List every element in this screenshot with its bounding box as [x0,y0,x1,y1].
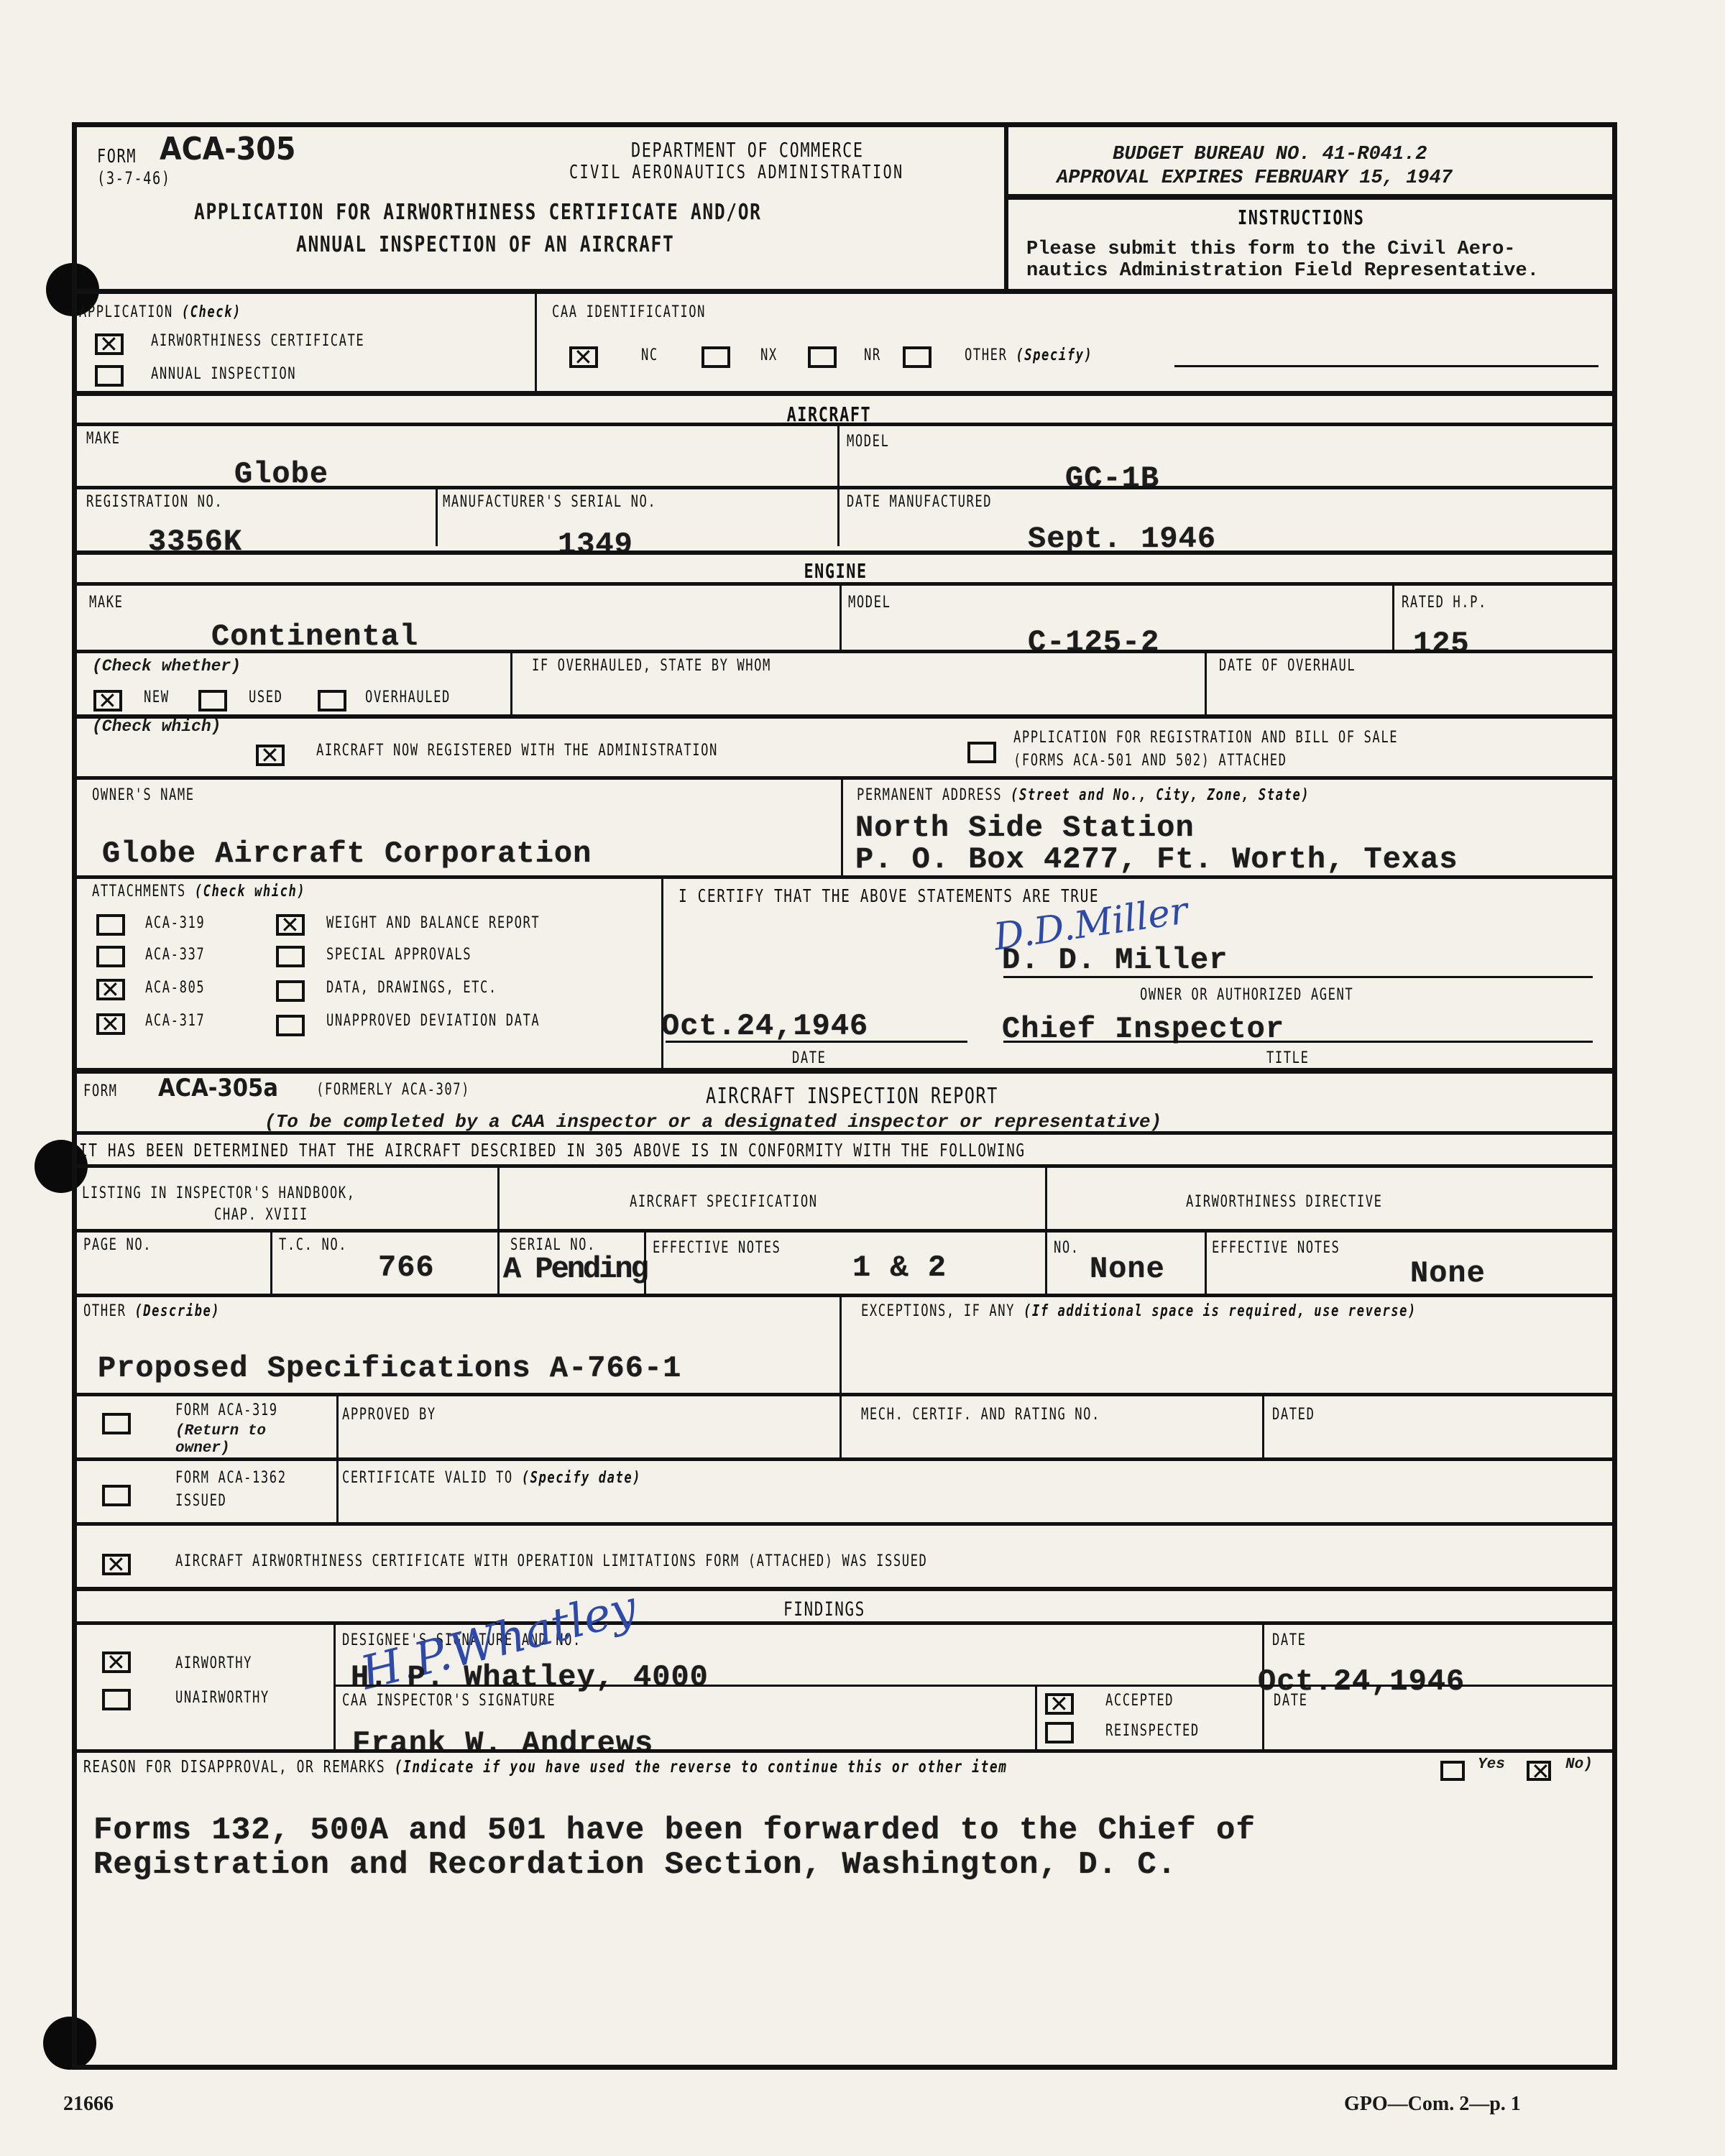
attachment-label: ACA-805 [145,979,205,997]
divider [333,1623,336,1751]
form-label: FORM [97,146,137,167]
option-label: NC [641,346,658,364]
checkbox-unairworthy[interactable] [102,1689,131,1710]
checkbox-aca-319[interactable] [96,914,125,936]
divider [72,1068,1617,1074]
option-label: NX [760,346,778,364]
reinspected-label: REINSPECTED [1105,1722,1200,1740]
accepted-label: ACCEPTED [1105,1692,1174,1710]
checkbox-engine-used[interactable] [198,690,227,711]
checkbox-other[interactable] [903,346,931,368]
cert-issued-label: AIRCRAFT AIRWORTHINESS CERTIFICATE WITH … [175,1552,927,1570]
checkbox-airworthy[interactable] [102,1651,131,1673]
inspector-value: Frank W. Andrews [352,1726,653,1761]
budget-bureau: BUDGET BUREAU NO. 41-R041.2 [1113,144,1427,165]
report-form-number: ACA-305a [158,1074,278,1102]
divider [72,1393,1617,1396]
other-label: OTHER (Describe) [83,1302,220,1320]
reverse-no-label: No) [1565,1756,1593,1773]
divider [644,1230,646,1295]
certify-statement: I CERTIFY THAT THE ABOVE STATEMENTS ARE … [678,885,1099,906]
report-title: AIRCRAFT INSPECTION REPORT [706,1084,998,1109]
checkbox-reverse-yes[interactable] [1440,1761,1465,1781]
footer-code: 21666 [63,2093,114,2116]
aircraft-model-label: MODEL [847,433,889,451]
ad-label: AIRWORTHINESS DIRECTIVE [1186,1193,1382,1211]
tc-no-label: T.C. NO. [279,1236,347,1254]
checkbox-engine-new[interactable] [93,690,122,711]
divider [72,650,1617,653]
divider [72,582,1617,586]
checkbox-form-aca-1362[interactable] [102,1485,131,1506]
remarks-line1: Forms 132, 500A and 501 have been forwar… [93,1812,1256,1848]
form-number: ACA-305 [160,131,295,167]
attachment-label: DATA, DRAWINGS, ETC. [326,979,497,997]
airworthy-label: AIRWORTHY [175,1654,252,1672]
divider [1205,651,1207,716]
attachment-label: ACA-337 [145,946,205,964]
divider [72,289,1617,294]
option-label: USED [249,688,283,706]
attachment-label: SPECIAL APPROVALS [326,946,471,964]
option-label: NR [864,346,881,364]
checkbox-aircraft-registered[interactable] [256,745,285,766]
approval-expires: APPROVAL EXPIRES FEBRUARY 15, 1947 [1057,167,1453,189]
instructions-line2: nautics Administration Field Representat… [1026,260,1539,282]
checkbox-reinspected[interactable] [1045,1722,1074,1743]
divider [270,1230,272,1295]
attachment-label: UNAPPROVED DEVIATION DATA [326,1012,540,1030]
remarks-line2: Registration and Recordation Section, Wa… [93,1847,1177,1883]
option-label: AIRCRAFT NOW REGISTERED WITH THE ADMINIS… [316,742,718,760]
form-aca-1362-issued: ISSUED [175,1492,226,1510]
checkbox-form-aca-319[interactable] [102,1413,131,1434]
agent-label: OWNER OR AUTHORIZED AGENT [1140,986,1353,1004]
title-line [1003,1041,1593,1043]
spec-label: AIRCRAFT SPECIFICATION [630,1193,818,1211]
address-line1: North Side Station [855,811,1195,845]
department: DEPARTMENT OF COMMERCE [631,138,864,162]
ad-notes-label: EFFECTIVE NOTES [1212,1239,1340,1257]
checkbox-aca-337[interactable] [96,946,125,967]
other-specify-field[interactable] [1174,365,1598,367]
reverse-yes-label: Yes [1478,1756,1505,1773]
aircraft-make-label: MAKE [86,430,121,448]
designee-value: H. P. Whatley, 4000 [351,1660,709,1695]
exceptions-label: EXCEPTIONS, IF ANY (If additional space … [861,1302,1417,1320]
check-which-hint: (Check which) [92,717,221,736]
overhauled-by-label: IF OVERHAULED, STATE BY WHOM [532,657,771,675]
conformity-statement: IT HAS BEEN DETERMINED THAT THE AIRCRAFT… [79,1140,1026,1161]
checkbox-reverse-no[interactable] [1527,1761,1551,1781]
option-label: OVERHAULED [365,688,451,706]
divider [535,293,537,391]
divider [72,1587,1617,1591]
tc-no-value: 766 [378,1250,435,1285]
option-label-2: (FORMS ACA-501 AND 502) ATTACHED [1013,752,1287,770]
engine-model-label: MODEL [848,594,891,612]
divider [72,1294,1617,1297]
checkbox-engine-overhauled[interactable] [318,690,346,711]
report-formerly: (FORMERLY ACA-307) [316,1081,470,1099]
checkbox-weight-balance[interactable] [276,914,305,936]
form-aca-319-hint: (Return to owner) [175,1423,319,1457]
date-line [666,1041,967,1043]
manufacturer-serial-value: 1349 [558,528,633,562]
certify-date: Oct.24,1946 [661,1009,868,1044]
spec-notes-value: 1 & 2 [852,1250,947,1285]
date-label: DATE [792,1049,827,1067]
divider [510,651,512,716]
check-whether-hint: (Check whether) [92,657,241,676]
remarks-label: REASON FOR DISAPPROVAL, OR REMARKS (Indi… [83,1758,1008,1777]
divider [72,423,1617,426]
attachment-label: ACA-317 [145,1012,205,1030]
option-label: NEW [144,688,170,706]
form-title-line2: ANNUAL INSPECTION OF AN AIRCRAFT [296,232,674,257]
divider [436,487,438,546]
owner-name-label: OWNER'S NAME [92,786,195,804]
other-value: Proposed Specifications A-766-1 [98,1351,681,1386]
footer-printer: GPO—Com. 2—p. 1 [1344,2093,1521,2116]
checkbox-annual-inspection[interactable] [95,365,124,387]
form-title-line1: APPLICATION FOR AIRWORTHINESS CERTIFICAT… [194,200,762,225]
checkbox-accepted[interactable] [1045,1693,1074,1715]
valid-to-label: CERTIFICATE VALID TO (Specify date) [342,1469,641,1487]
inspector-label: CAA INSPECTOR'S SIGNATURE [342,1692,556,1710]
divider [72,550,1617,555]
divider [72,1457,1617,1461]
checkbox-aca-317[interactable] [96,1013,125,1035]
checkbox-airworthiness-certificate[interactable] [95,333,124,355]
divider [72,875,1617,879]
owner-name-value: Globe Aircraft Corporation [102,837,592,871]
divider [72,714,1617,719]
checkbox-special-approvals[interactable] [276,946,305,967]
header-divider [1004,194,1617,200]
overhaul-date-label: DATE OF OVERHAUL [1219,657,1356,675]
checkbox-cert-issued[interactable] [102,1554,131,1575]
serial-no-value: A Pending [503,1252,647,1286]
registration-no-label: REGISTRATION NO. [86,493,223,511]
form-aca-319-label: FORM ACA-319 [175,1401,278,1419]
header-divider [1004,122,1008,291]
rated-hp-value: 125 [1413,627,1470,661]
ad-notes-value: None [1410,1256,1486,1291]
checkbox-nc[interactable] [569,346,598,368]
divider [72,486,1617,489]
findings-date-label: DATE [1272,1631,1307,1649]
unairworthy-label: UNAIRWORTHY [175,1689,270,1707]
checkbox-aca-805[interactable] [96,979,125,1000]
option-label: APPLICATION FOR REGISTRATION AND BILL OF… [1013,729,1398,747]
address-label: PERMANENT ADDRESS (Street and No., City,… [857,786,1310,804]
listing-label-2: CHAP. XVIII [214,1206,308,1224]
divider [839,1295,842,1459]
checkbox-nx[interactable] [701,346,730,368]
date-manufactured-label: DATE MANUFACTURED [847,493,992,511]
approved-by-label: APPROVED BY [342,1406,436,1424]
report-form-label: FORM [83,1082,118,1100]
ad-no-label: NO. [1054,1239,1080,1257]
rated-hp-label: RATED H.P. [1402,594,1487,612]
listing-label: LISTING IN INSPECTOR'S HANDBOOK, [82,1184,356,1202]
engine-make-label: MAKE [89,594,124,612]
administration: CIVIL AERONAUTICS ADMINISTRATION [569,162,904,183]
form-date: (3-7-46) [97,168,171,188]
divider [1035,1686,1037,1751]
instructions-title: INSTRUCTIONS [1238,206,1365,229]
divider [72,391,1617,396]
divider [837,424,839,546]
title-label: TITLE [1266,1049,1309,1067]
checkbox-registration-application[interactable] [967,742,996,763]
divider [1262,1394,1264,1459]
application-label: APPLICATION (Check) [79,303,241,321]
divider [72,1621,1617,1625]
aircraft-model-value: GC-1B [1065,461,1159,496]
divider [1392,584,1394,650]
divider [841,778,843,875]
engine-make-value: Continental [211,619,418,654]
attachment-label: WEIGHT AND BALANCE REPORT [326,914,540,932]
findings-date2-label: DATE [1274,1692,1308,1710]
manufacturer-serial-label: MANUFACTURER'S SERIAL NO. [443,493,656,511]
findings-title: FINDINGS [783,1598,865,1621]
dated-label: DATED [1272,1406,1315,1424]
divider [72,1749,1617,1753]
ad-no-value: None [1090,1252,1165,1286]
checkbox-data-drawings[interactable] [276,980,305,1002]
section-title-engine: ENGINE [804,559,867,583]
divider [72,1164,1617,1168]
checkbox-nr[interactable] [808,346,837,368]
attachments-label: ATTACHMENTS (Check which) [92,883,305,900]
address-line2: P. O. Box 4277, Ft. Worth, Texas [855,842,1458,877]
page-no-label: PAGE NO. [83,1236,152,1254]
attachment-label: ACA-319 [145,914,205,932]
option-label: AIRWORTHINESS CERTIFICATE [151,332,364,350]
form-aca-1362-label: FORM ACA-1362 [175,1469,287,1487]
report-subtitle: (To be completed by a CAA inspector or a… [264,1111,1161,1133]
option-label: ANNUAL INSPECTION [151,365,296,383]
checkbox-unapproved-deviation[interactable] [276,1015,305,1036]
divider [1205,1230,1207,1295]
divider [72,1229,1617,1233]
engine-model-value: C-125-2 [1028,625,1159,660]
caa-identification-label: CAA IDENTIFICATION [552,303,706,321]
divider [72,1131,1617,1135]
option-label: OTHER (Specify) [965,346,1092,364]
spec-notes-label: EFFECTIVE NOTES [653,1239,781,1257]
mech-cert-label: MECH. CERTIF. AND RATING NO. [861,1406,1100,1424]
instructions-line1: Please submit this form to the Civil Aer… [1026,239,1516,260]
agent-name: D. D. Miller [1002,943,1228,977]
divider [839,584,842,650]
divider [72,776,1617,780]
agent-line [1003,976,1593,978]
divider [333,1685,1617,1687]
divider [72,1522,1617,1526]
